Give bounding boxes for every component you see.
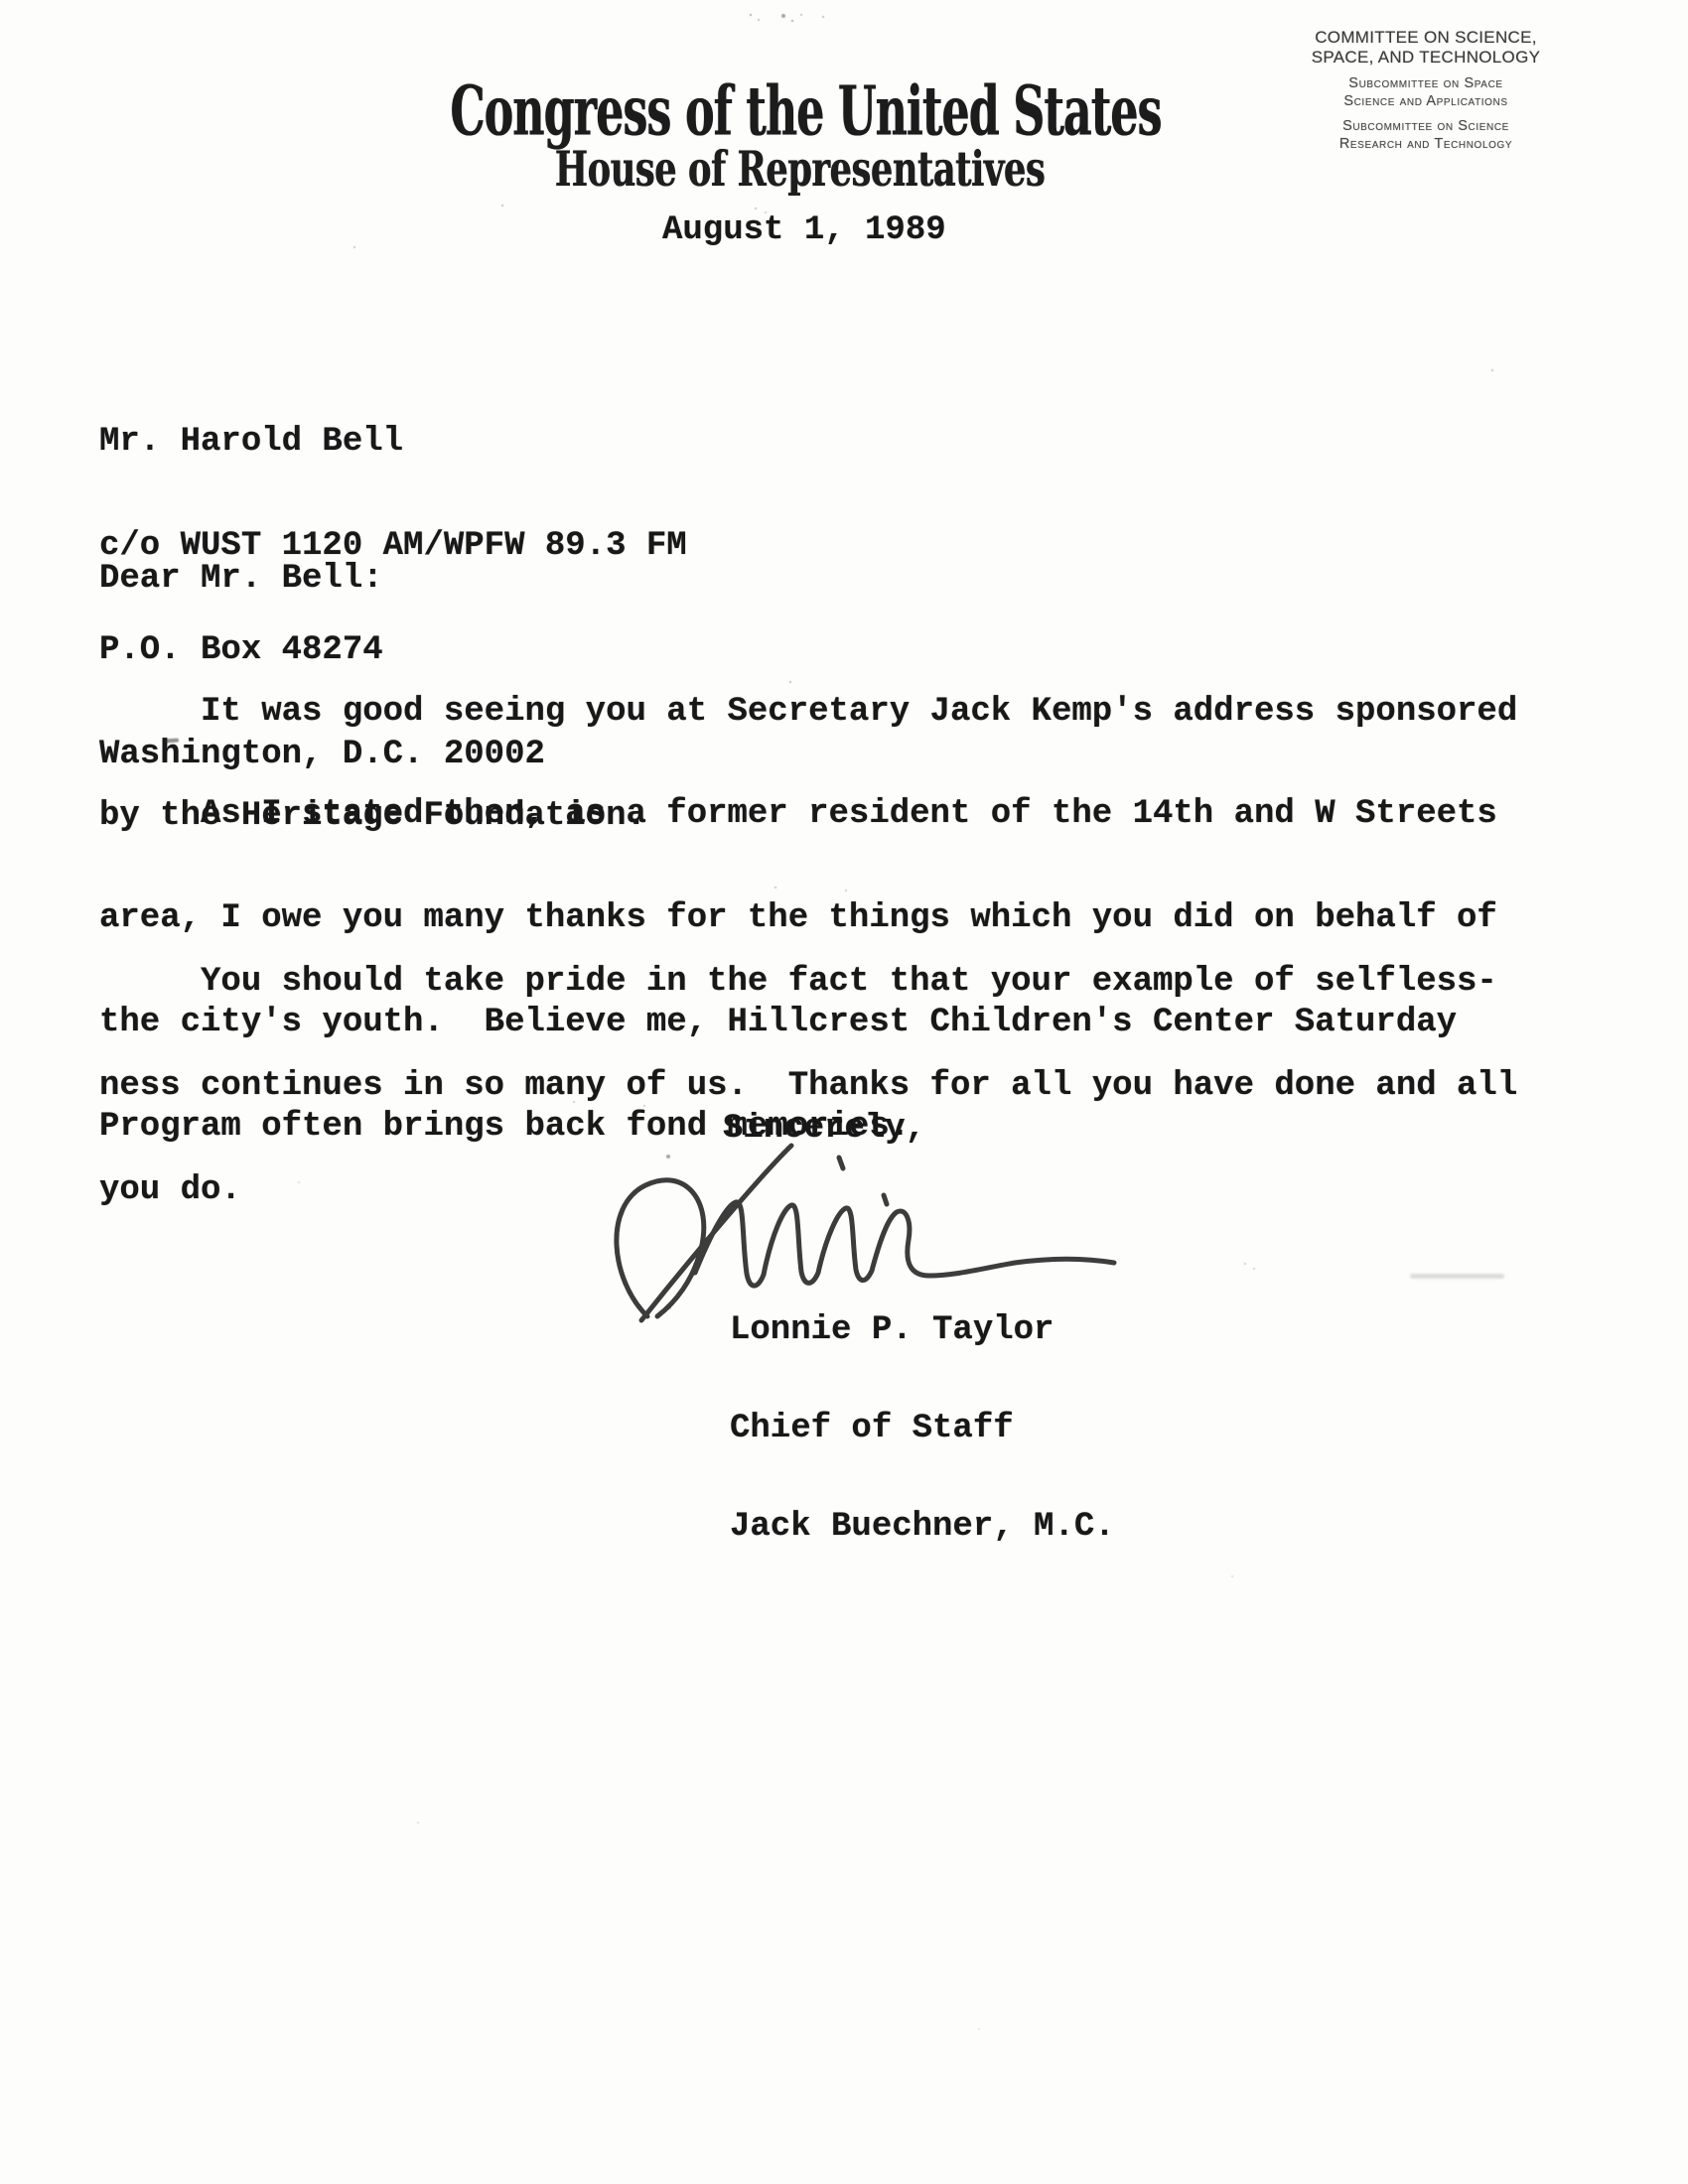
signer-org: Jack Buechner, M.C. — [730, 1511, 1115, 1544]
body-line: you do. — [99, 1173, 1517, 1208]
letter-page: COMMITTEE ON SCIENCE, SPACE, AND TECHNOL… — [0, 0, 1688, 2184]
salutation: Dear Mr. Bell: — [99, 562, 383, 597]
letter-date: August 1, 1989 — [662, 213, 946, 248]
recipient-line: Mr. Harold Bell — [99, 425, 687, 460]
letterhead-subtitle-text: House of Representatives — [554, 141, 1044, 198]
letterhead-title: Congress of the United States — [0, 71, 1611, 132]
body-line: It was good seeing you at Secretary Jack… — [99, 695, 1517, 730]
signer-title: Chief of Staff — [730, 1413, 1115, 1445]
body-line: As I stated then, as a former resident o… — [99, 797, 1497, 832]
closing-sincerely: Sincerely, — [723, 1112, 925, 1147]
committee-name-line: SPACE, AND TECHNOLOGY — [1296, 48, 1556, 68]
letterhead-title-text: Congress of the United States — [450, 71, 1161, 152]
recipient-line: c/o WUST 1120 AM/WPFW 89.3 FM — [99, 529, 687, 564]
body-line: You should take pride in the fact that y… — [99, 965, 1517, 1000]
body-line: ness continues in so many of us. Thanks … — [99, 1069, 1517, 1104]
committee-name: COMMITTEE ON SCIENCE, SPACE, AND TECHNOL… — [1296, 28, 1556, 68]
signer-name: Lonnie P. Taylor — [730, 1314, 1115, 1347]
letterhead-subtitle: House of Representatives — [0, 141, 1599, 188]
committee-name-line: COMMITTEE ON SCIENCE, — [1296, 28, 1556, 48]
scan-artifact-smudge — [1410, 1274, 1504, 1279]
signature-block: Lonnie P. Taylor Chief of Staff Jack Bue… — [730, 1249, 1115, 1609]
scan-noise — [0, 0, 2, 2]
body-paragraph-3: You should take pride in the fact that y… — [99, 895, 1517, 1278]
